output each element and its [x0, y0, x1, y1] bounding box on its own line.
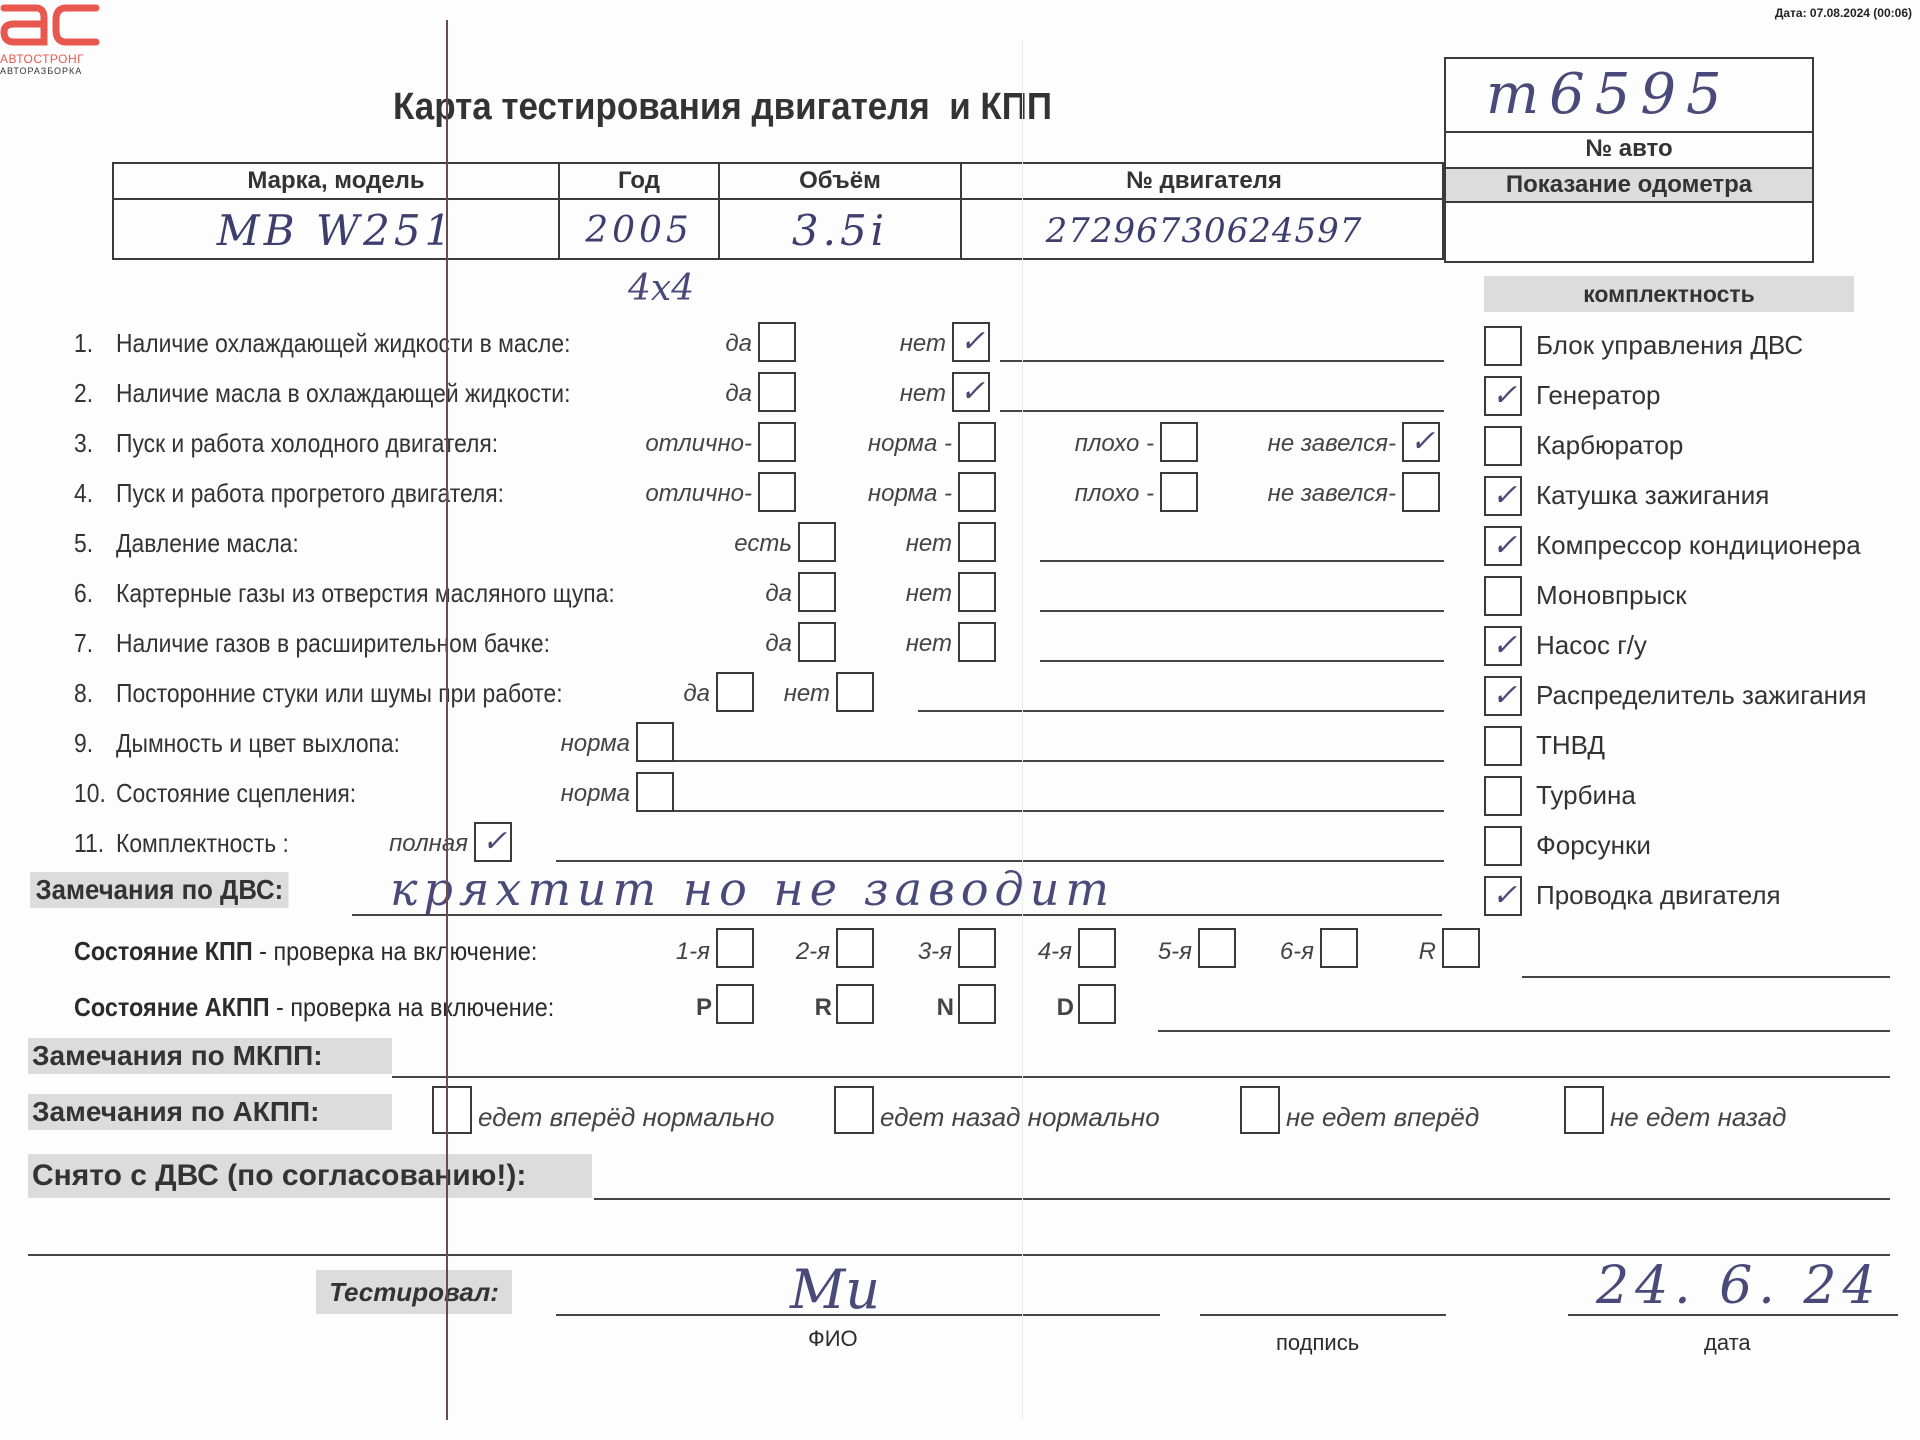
- check-number: 5.: [74, 528, 93, 559]
- check-number: 11.: [74, 828, 104, 859]
- check-mark-icon: ✓: [1492, 676, 1517, 716]
- option-label: не завелся-: [1268, 430, 1396, 458]
- completeness-checkbox[interactable]: [1484, 726, 1522, 766]
- akpp-position-label: R: [815, 994, 832, 1022]
- date-caption: дата: [1704, 1330, 1751, 1356]
- fold-line: [446, 20, 448, 1420]
- year-value[interactable]: 2005: [560, 200, 718, 262]
- mkpp-remarks-label: Замечания по МКПП:: [28, 1038, 392, 1074]
- gear-checkbox[interactable]: [716, 928, 754, 968]
- option-label: нет: [900, 380, 946, 408]
- option-label: да: [683, 680, 710, 708]
- option-checkbox[interactable]: ✓: [952, 372, 990, 412]
- drive-note: 4x4: [628, 268, 694, 309]
- gear-label: 6-я: [1280, 938, 1314, 966]
- check-note-line[interactable]: [1040, 660, 1444, 662]
- gear-label: 1-я: [676, 938, 710, 966]
- akpp-position-label: P: [696, 994, 712, 1022]
- option-checkbox[interactable]: [1402, 472, 1440, 512]
- option-checkbox[interactable]: [798, 622, 836, 662]
- make-model-value[interactable]: МВ W251: [114, 200, 558, 262]
- akpp-remark-label: едет вперёд нормально: [478, 1102, 774, 1133]
- gear-label: 2-я: [796, 938, 830, 966]
- completeness-label: Блок управления ДВС: [1536, 330, 1803, 361]
- check-note-line[interactable]: [1040, 610, 1444, 612]
- check-question: Давление масла:: [116, 528, 299, 559]
- stamp-date: Дата: 07.08.2024 (00:06): [1775, 6, 1912, 20]
- gear-checkbox[interactable]: [1320, 928, 1358, 968]
- logo-ac-icon: [0, 0, 100, 50]
- fio-caption: ФИО: [808, 1326, 858, 1352]
- option-label: нет: [906, 580, 952, 608]
- gear-label: 3-я: [918, 938, 952, 966]
- engine-remarks-value[interactable]: кряхтит но не заводит: [390, 862, 1115, 916]
- option-checkbox[interactable]: [958, 472, 996, 512]
- gear-checkbox[interactable]: [1078, 928, 1116, 968]
- column-year: Год 2005: [560, 164, 720, 258]
- check-number: 10.: [74, 778, 106, 809]
- option-label: да: [725, 330, 752, 358]
- akpp-remark-checkbox[interactable]: [1564, 1086, 1604, 1134]
- check-question: Картерные газы из отверстия масляного щу…: [116, 578, 615, 609]
- check-question: Посторонние стуки или шумы при работе:: [116, 678, 563, 709]
- check-note-line[interactable]: [1000, 360, 1444, 362]
- check-number: 4.: [74, 478, 93, 509]
- odometer-value[interactable]: [1446, 203, 1812, 261]
- option-label: есть: [734, 530, 792, 558]
- akpp-position-checkbox[interactable]: [836, 984, 874, 1024]
- akpp-position-checkbox[interactable]: [958, 984, 996, 1024]
- akpp-remark-label: едет назад нормально: [880, 1102, 1160, 1133]
- completeness-checkbox[interactable]: [1484, 826, 1522, 866]
- option-label: плохо -: [1075, 430, 1154, 458]
- gear-label: 4-я: [1038, 938, 1072, 966]
- engine-remarks-line: [352, 914, 1442, 916]
- check-note-line[interactable]: [918, 710, 1444, 712]
- check-number: 9.: [74, 728, 93, 759]
- check-number: 2.: [74, 378, 93, 409]
- option-label: да: [765, 580, 792, 608]
- option-checkbox[interactable]: ✓: [1402, 422, 1440, 462]
- check-number: 8.: [74, 678, 93, 709]
- check-question: Комплектность :: [116, 828, 289, 859]
- option-checkbox[interactable]: [636, 772, 674, 812]
- akpp-remark-checkbox[interactable]: [834, 1086, 874, 1134]
- option-label: отлично-: [645, 430, 752, 458]
- check-question: Наличие охлаждающей жидкости в масле:: [116, 328, 570, 359]
- tester-name-value[interactable]: Ми: [790, 1258, 880, 1321]
- check-number: 7.: [74, 628, 93, 659]
- check-note-line[interactable]: [674, 810, 1444, 812]
- completeness-label: Катушка зажигания: [1536, 480, 1769, 511]
- check-number: 6.: [74, 578, 93, 609]
- manual-gearbox-line: [1522, 976, 1890, 978]
- option-label: нет: [784, 680, 830, 708]
- completeness-label: Генератор: [1536, 380, 1661, 411]
- odometer-label: Показание одометра: [1446, 167, 1812, 203]
- volume-value[interactable]: 3.5i: [720, 200, 960, 262]
- signature-caption: подпись: [1276, 1330, 1359, 1356]
- column-volume: Объём 3.5i: [720, 164, 962, 258]
- check-mark-icon: ✓: [1492, 476, 1517, 516]
- option-checkbox[interactable]: [1160, 422, 1198, 462]
- check-mark-icon: ✓: [1492, 626, 1517, 666]
- check-number: 1.: [74, 328, 93, 359]
- mkpp-remarks-line[interactable]: [392, 1076, 1890, 1078]
- check-mark-icon: ✓: [1410, 422, 1435, 462]
- completeness-checkbox[interactable]: [1484, 776, 1522, 816]
- check-mark-icon: ✓: [482, 822, 507, 862]
- fold-line-faint: [1022, 40, 1023, 1420]
- completeness-label: Турбина: [1536, 780, 1636, 811]
- akpp-position-checkbox[interactable]: [1078, 984, 1116, 1024]
- logo-brand: АВТОСТРОНГ: [0, 52, 84, 66]
- option-checkbox[interactable]: [798, 572, 836, 612]
- check-question: Наличие газов в расширительном бачке:: [116, 628, 550, 659]
- column-make-model: Марка, модель МВ W251: [114, 164, 560, 258]
- option-label: норма: [561, 780, 630, 808]
- check-note-line[interactable]: [1040, 560, 1444, 562]
- check-question: Пуск и работа холодного двигателя:: [116, 428, 498, 459]
- gear-checkbox[interactable]: [836, 928, 874, 968]
- option-checkbox[interactable]: [958, 522, 996, 562]
- option-label: нет: [900, 330, 946, 358]
- removed-line[interactable]: [594, 1198, 1890, 1200]
- akpp-position-label: N: [937, 994, 954, 1022]
- check-question: Наличие масла в охлаждающей жидкости:: [116, 378, 570, 409]
- option-label: нет: [906, 630, 952, 658]
- check-mark-icon: ✓: [960, 372, 985, 412]
- option-checkbox[interactable]: ✓: [474, 822, 512, 862]
- completeness-checkbox[interactable]: ✓: [1484, 376, 1522, 416]
- completeness-label: Форсунки: [1536, 830, 1651, 861]
- fio-line: [556, 1314, 1160, 1316]
- akpp-position-label: D: [1057, 994, 1074, 1022]
- vehicle-info-table: Марка, модель МВ W251 Год 2005 Объём 3.5…: [112, 162, 1444, 260]
- check-question: Дымность и цвет выхлопа:: [116, 728, 400, 759]
- completeness-label: ТНВД: [1536, 730, 1605, 761]
- logo: АВТОСТРОНГ АВТОРАЗБОРКА: [0, 0, 110, 80]
- option-label: нет: [906, 530, 952, 558]
- option-label: норма -: [868, 480, 952, 508]
- completeness-checkbox[interactable]: [1484, 326, 1522, 366]
- auto-gearbox-line: [1158, 1030, 1890, 1032]
- gear-checkbox[interactable]: [1442, 928, 1480, 968]
- completeness-checkbox[interactable]: ✓: [1484, 676, 1522, 716]
- completeness-label: Моновпрыск: [1536, 580, 1687, 611]
- logo-subtitle: АВТОРАЗБОРКА: [0, 66, 82, 76]
- gear-checkbox[interactable]: [1198, 928, 1236, 968]
- engine-number-value[interactable]: 27296730624597: [962, 200, 1446, 262]
- completeness-checkbox[interactable]: ✓: [1484, 526, 1522, 566]
- engine-remarks-label: Замечания по ДВС:: [30, 872, 289, 908]
- test-date-value[interactable]: 24. 6. 24: [1596, 1256, 1882, 1316]
- option-label: да: [725, 380, 752, 408]
- check-note-line[interactable]: [674, 760, 1444, 762]
- car-number-value: т6595: [1486, 59, 1732, 131]
- option-label: норма -: [868, 430, 952, 458]
- completeness-checkbox[interactable]: [1484, 426, 1522, 466]
- option-label: отлично-: [645, 480, 752, 508]
- check-question: Состояние сцепления:: [116, 778, 356, 809]
- option-checkbox[interactable]: [958, 622, 996, 662]
- option-checkbox[interactable]: [758, 372, 796, 412]
- check-mark-icon: ✓: [1492, 526, 1517, 566]
- date-line: [1568, 1314, 1898, 1316]
- option-checkbox[interactable]: [636, 722, 674, 762]
- option-checkbox[interactable]: [958, 422, 996, 462]
- akpp-remarks-label: Замечания по АКПП:: [28, 1094, 392, 1130]
- akpp-remark-label: не едет назад: [1610, 1102, 1786, 1133]
- check-note-line[interactable]: [1000, 410, 1444, 412]
- completeness-label: Карбюратор: [1536, 430, 1683, 461]
- option-checkbox[interactable]: [1160, 472, 1198, 512]
- auto-gearbox-label: Состояние АКПП - проверка на включение:: [74, 992, 554, 1023]
- check-number: 3.: [74, 428, 93, 459]
- option-label: плохо -: [1075, 480, 1154, 508]
- car-number-table: т6595 № авто Показание одометра: [1444, 57, 1814, 263]
- completeness-title: комплектность: [1484, 276, 1854, 312]
- option-checkbox[interactable]: [758, 322, 796, 362]
- option-label: полная: [389, 830, 468, 858]
- option-checkbox[interactable]: [836, 672, 874, 712]
- gear-checkbox[interactable]: [958, 928, 996, 968]
- tested-by-label: Тестировал:: [316, 1270, 512, 1314]
- check-mark-icon: ✓: [1492, 876, 1517, 916]
- manual-gearbox-label: Состояние КПП - проверка на включение:: [74, 936, 537, 967]
- column-engine-number: № двигателя 27296730624597: [962, 164, 1446, 258]
- removed-label: Снято с ДВС (по согласованию!):: [28, 1154, 592, 1198]
- completeness-label: Проводка двигателя: [1536, 880, 1781, 911]
- completeness-checkbox[interactable]: [1484, 576, 1522, 616]
- option-checkbox[interactable]: [758, 472, 796, 512]
- completeness-label: Насос г/у: [1536, 630, 1647, 661]
- completeness-checkbox[interactable]: ✓: [1484, 476, 1522, 516]
- page-title: Карта тестирования двигателя и КПП: [393, 86, 1052, 129]
- car-number-label: № авто: [1446, 135, 1812, 163]
- akpp-remark-label: не едет вперёд: [1286, 1102, 1479, 1133]
- completeness-checkbox[interactable]: ✓: [1484, 626, 1522, 666]
- option-label: да: [765, 630, 792, 658]
- option-checkbox[interactable]: [716, 672, 754, 712]
- completeness-label: Компрессор кондиционера: [1536, 530, 1861, 561]
- option-label: норма: [561, 730, 630, 758]
- check-mark-icon: ✓: [960, 322, 985, 362]
- akpp-remark-checkbox[interactable]: [432, 1086, 472, 1134]
- gear-label: R: [1419, 938, 1436, 966]
- option-checkbox[interactable]: [758, 422, 796, 462]
- completeness-checkbox[interactable]: ✓: [1484, 876, 1522, 916]
- check-mark-icon: ✓: [1492, 376, 1517, 416]
- akpp-remark-checkbox[interactable]: [1240, 1086, 1280, 1134]
- option-checkbox[interactable]: [958, 572, 996, 612]
- option-label: не завелся-: [1268, 480, 1396, 508]
- option-checkbox[interactable]: [798, 522, 836, 562]
- akpp-position-checkbox[interactable]: [716, 984, 754, 1024]
- completeness-label: Распределитель зажигания: [1536, 680, 1867, 711]
- signature-line[interactable]: [1200, 1314, 1446, 1316]
- gear-label: 5-я: [1158, 938, 1192, 966]
- option-checkbox[interactable]: ✓: [952, 322, 990, 362]
